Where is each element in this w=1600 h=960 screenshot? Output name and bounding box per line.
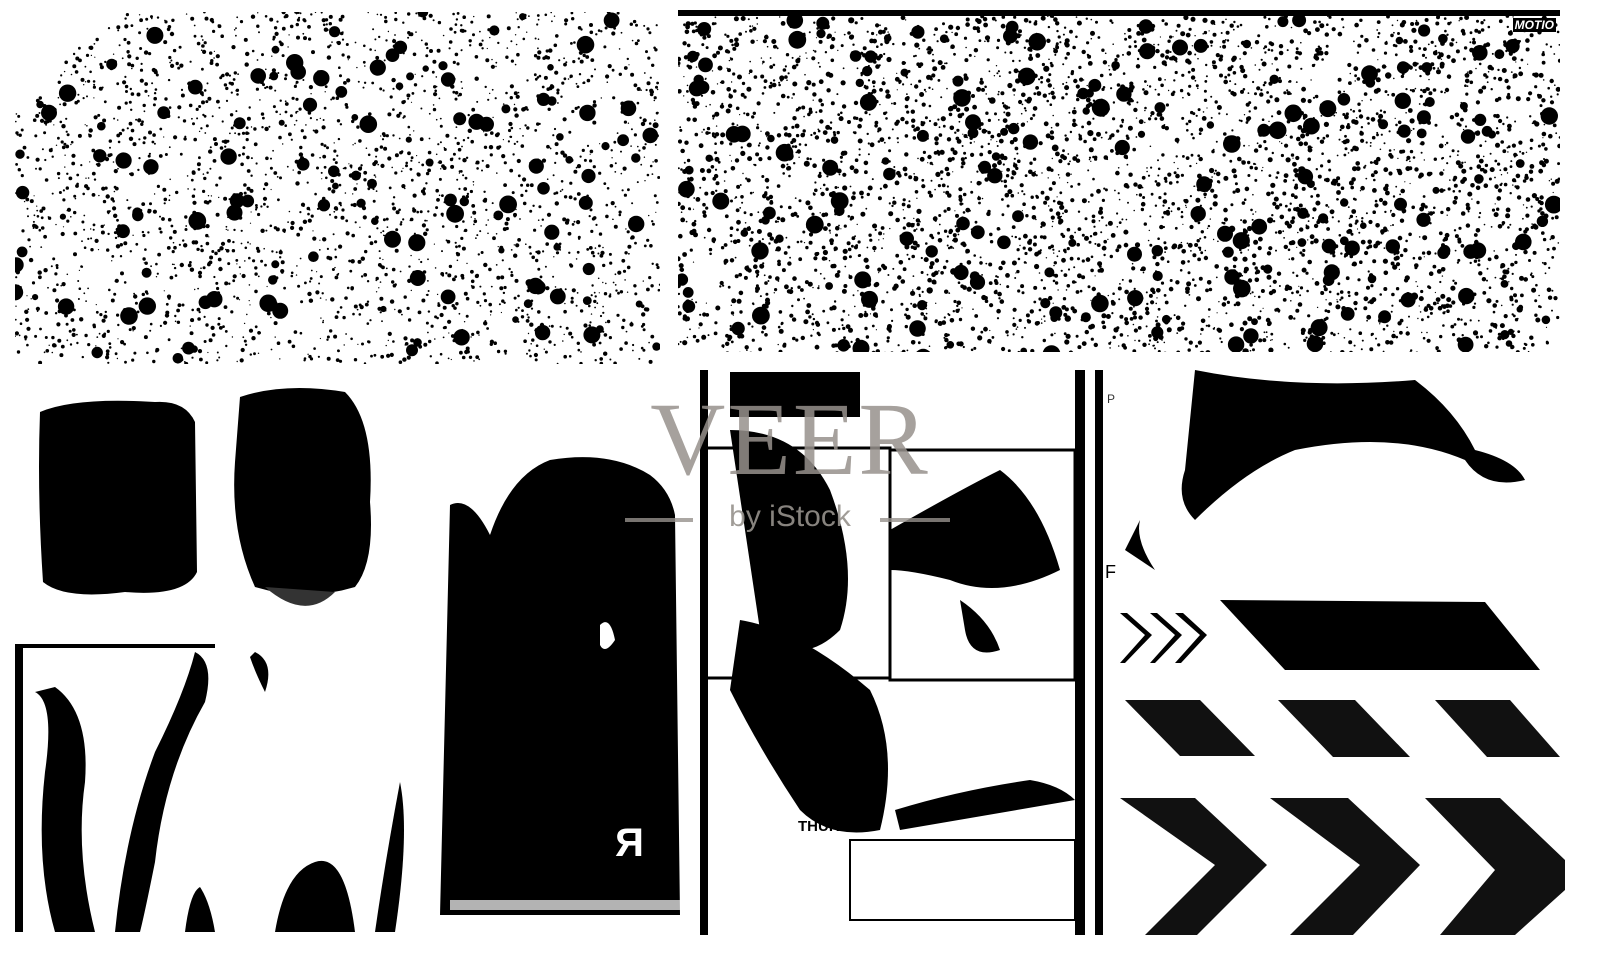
label-p: P xyxy=(1107,392,1115,406)
torn-poster-bottom-left xyxy=(15,632,415,932)
brush-blob-1 xyxy=(35,392,200,602)
layered-posters: THUR 11 March 8pm $30 Trot xyxy=(700,370,1100,935)
letter-r: R xyxy=(615,821,644,866)
grunge-texture-panel-right: MOTIO xyxy=(678,10,1560,352)
black-torn-poster: R xyxy=(430,455,700,925)
label-motio: MOTIO xyxy=(1513,18,1556,32)
label-f: F xyxy=(1105,562,1116,583)
grunge-speckle-panel-left xyxy=(15,12,660,364)
hazard-arrows-panel: F P xyxy=(1095,370,1565,935)
brush-blob-2 xyxy=(225,382,385,622)
label-thur: THUR xyxy=(798,818,840,835)
label-trot: Trot xyxy=(732,402,746,411)
